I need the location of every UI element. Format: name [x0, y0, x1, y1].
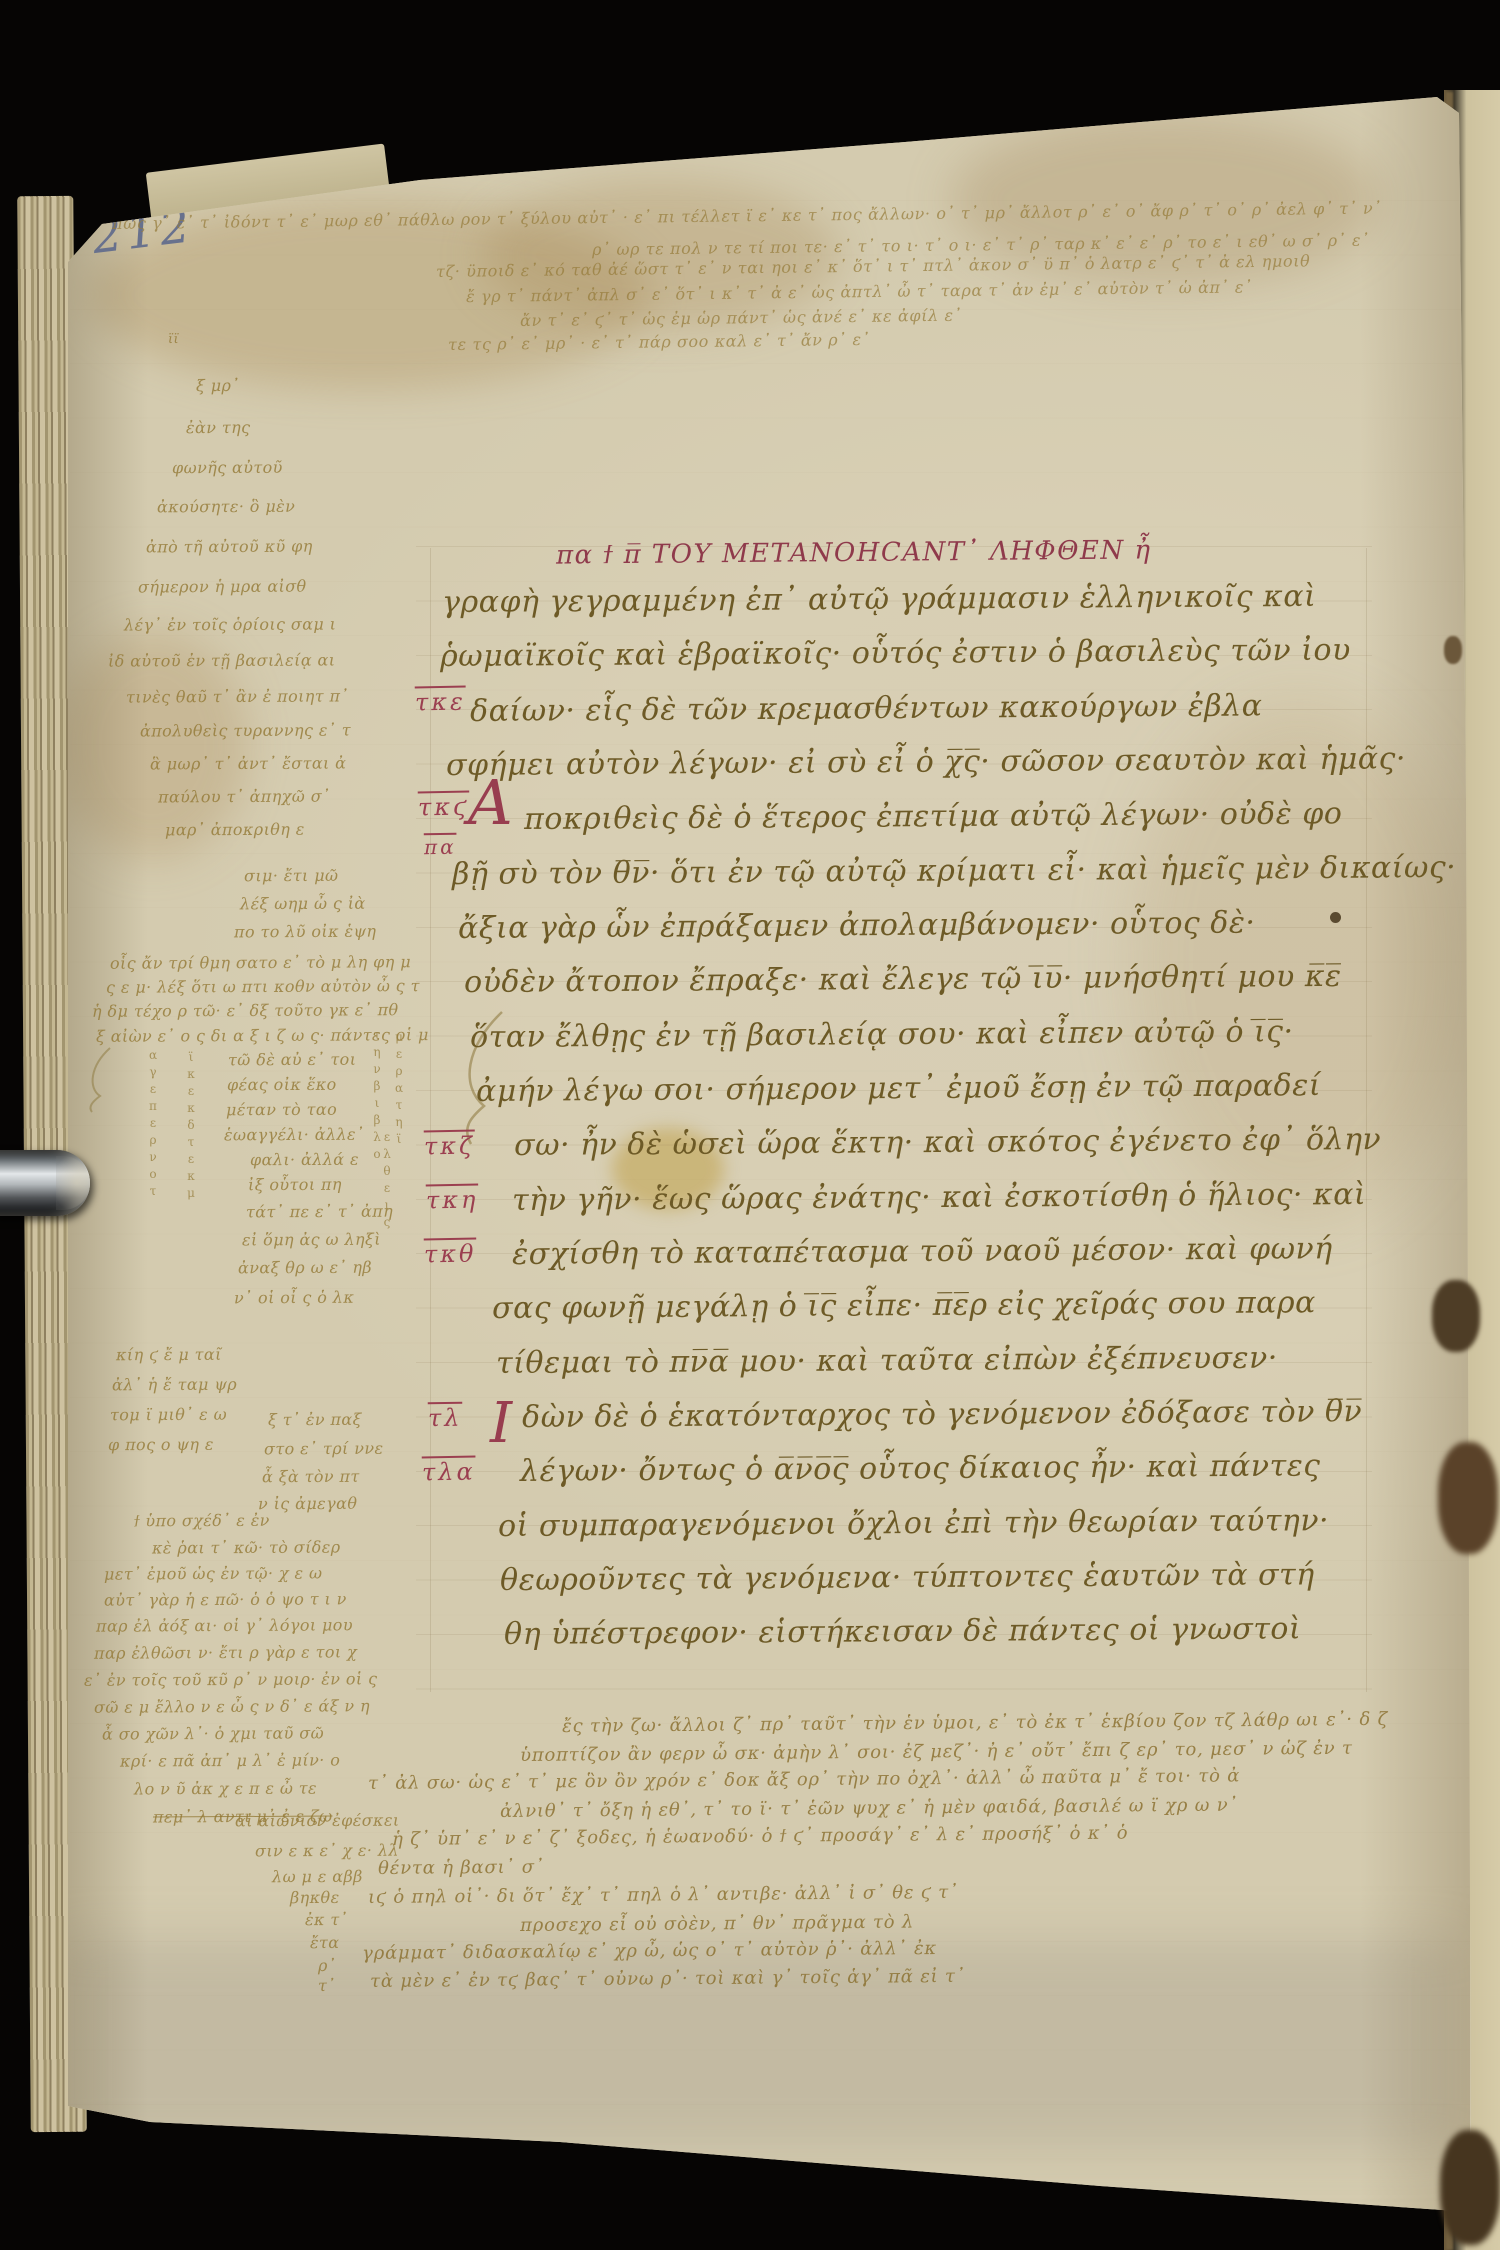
margin-note: μαρ᾽ ἀποκριθη ε: [165, 822, 305, 839]
main-text-line: οἱ συμπαραγενόμενοι ὄχλοι ἐπὶ τὴν θεωρία…: [498, 1506, 1329, 1542]
margin-note: σῶ ε μ ἔλλο ν ε ὦ ς ν δ᾽ ε άξ ν η: [94, 1698, 370, 1715]
edge-damage: [1440, 2130, 1500, 2245]
main-text-line: λέγων· ὄντως ὁ α̅ν̅ο̅ς̅ οὗτος δίκαιος ἦν…: [520, 1451, 1321, 1487]
margin-note: λο ν ῦ ἀκ χ ε π ε ὦ τε: [134, 1781, 317, 1798]
margin-note: σιμ· ἔτι μῶ: [244, 868, 339, 884]
margin-note: ἡ δμ τέχο ρ τῶ· ε᾽ δξ τοῦτο γκ ε᾽ πθ: [92, 1002, 399, 1020]
margin-note: οἷς ἄν τρί θμη σατο ε᾽ τὸ μ λη φη μ: [110, 954, 411, 972]
margin-note: κίη ϛ ἔ μ ταῖ: [116, 1347, 222, 1364]
margin-note: ν᾽ οἱ οἶ ς ὁ λκ: [234, 1290, 354, 1307]
margin-note: σιν ε κ ε᾽ χ ε· λλ: [255, 1843, 399, 1860]
main-text-line: σας φωνῇ μεγάλῃ ὁ ι̅ς̅ εἶπε· π̅ε̅ρ εἰς χ…: [492, 1288, 1316, 1324]
margin-note: ϯ ὑπο σχέδ᾽ ε ἐν: [134, 1513, 270, 1530]
margin-note: παρ ἐλθῶσι ν· ἔτι ρ γὰρ ε τοι χ: [94, 1644, 357, 1661]
section-number: τκζ: [424, 1132, 476, 1161]
margin-note: φωνῆς αὐτοῦ: [172, 460, 283, 477]
margin-note: μετ᾽ ἐμοῦ ὡς ἐν τῷ· χ ε ω: [104, 1565, 323, 1582]
margin-note: ἃ μωρ᾽ τ᾽ ἀντ᾽ ἔσται ἀ: [150, 755, 346, 772]
margin-note: τινὲς θαῦ τ᾽ ἂν ἐ ποιητ π᾽: [126, 688, 349, 705]
margin-note: φαλι· ἀλλά ε: [250, 1152, 359, 1169]
section-number: πα: [424, 835, 457, 860]
main-text-line: θη ὑπέστρεφον· εἱστήκεισαν δὲ πάντες οἱ …: [504, 1614, 1301, 1650]
margin-note: ε᾽ ἐν τοῖς τοῦ κῦ ρ᾽ ν μοιρ· ἐν οἱ ς: [84, 1671, 378, 1689]
margin-note: πο το λῦ οἰκ ἑψη: [234, 924, 376, 941]
margin-note: στο ε᾽ τρί ννε: [264, 1441, 384, 1458]
margin-note: φ πος ο ψη ε: [108, 1437, 214, 1454]
margin-note: ἔτα: [310, 1935, 340, 1951]
main-text-line: ἀμήν λέγω σοι· σήμερον μετ᾽ ἐμοῦ ἔσῃ ἐν …: [476, 1071, 1321, 1107]
margin-note: ξ τ᾽ ἐν παξ: [268, 1412, 362, 1428]
section-number: τκη: [426, 1186, 479, 1215]
margin-note: μέταν τὸ ταο: [226, 1102, 337, 1119]
margin-note: βηκθε: [290, 1890, 340, 1906]
margin-note: ἑωαγγέλι· ἀλλε᾽: [224, 1127, 364, 1144]
margin-note: ἀκούσητε· ὃ μὲν: [157, 499, 295, 516]
margin-note: ἆ ξὰ τὸν πτ: [262, 1469, 360, 1486]
ruling-vertical: [1366, 548, 1367, 1692]
margin-note: παύλου τ᾽ ἀπηχῶ σ᾽: [158, 789, 331, 806]
margin-note: ἀπολυθεὶς τυραννης ε᾽ τ: [140, 722, 351, 739]
main-text-line: δαίων· εἷς δὲ τῶν κρεμασθέντων κακούργων…: [470, 691, 1263, 727]
main-text-line: ἐσχίσθη τὸ καταπέτασμα τοῦ ναοῦ μέσον· κ…: [512, 1234, 1333, 1270]
margin-note: ς ε μ· λέξ ὅτι ω πτι κοθν αὐτὸν ὦ ς τ: [106, 978, 420, 996]
initial-alpha: Α: [468, 772, 513, 834]
margin-note: ἰξ οὗτοι πη: [248, 1177, 342, 1193]
margin-note: τάτ᾽ πε ε᾽ τ᾽ ἀπη: [246, 1204, 393, 1221]
margin-note: τῶ δὲ αὐ ε᾽ τοι: [228, 1052, 356, 1069]
margin-note: φέας οἰκ ἕκο: [227, 1077, 337, 1094]
vertical-note: ϊκεκδτεκμ: [184, 1050, 198, 1210]
main-text-line: σω· ἦν δὲ ὡσεὶ ὥρα ἕκτη· καὶ σκότος ἐγέν…: [514, 1125, 1381, 1161]
pen-flourish: [80, 1044, 120, 1114]
page-holder-rod[interactable]: [0, 1150, 90, 1216]
manuscript-photograph: 212 πῶς γ᾽ ε᾽ τ᾽ ἰδόντ τ᾽ ε᾽ μωρ εθ᾽ πάθ…: [0, 0, 1500, 2250]
scholia-line: θέντα ἡ βασι᾽ σ᾽: [378, 1857, 545, 1879]
section-number: τκϛ: [418, 793, 470, 822]
main-text-line: ἄξια γὰρ ὧν ἐπράξαμεν ἀπολαμβάνομεν· οὗτ…: [458, 908, 1256, 944]
main-text-line: σφήμει αὐτὸν λέγων· εἰ σὺ εἶ ὁ χ̅ς̅· σῶσ…: [446, 744, 1406, 781]
margin-note: ϊϊ: [168, 333, 179, 346]
section-number: τλ: [428, 1404, 463, 1433]
margin-note: τομ ϊ μιθ᾽ ε ω: [110, 1407, 227, 1424]
margin-note: λω μ ε αββ: [272, 1869, 363, 1885]
section-number: τλα: [422, 1458, 476, 1487]
main-text-line: ῥωμαϊκοῖς καὶ ἑβραϊκοῖς· οὗτός ἐστιν ὁ β…: [440, 636, 1351, 672]
section-number: τκε: [415, 688, 466, 717]
margin-note: τ᾽: [318, 1978, 336, 1994]
margin-note: ἀλ᾽ ἡ ἔ ταμ ψρ: [112, 1377, 237, 1394]
parchment-stain: [1004, 100, 1012, 109]
main-text-line: τὴν γῆν· ἕως ὥρας ἐνάτης· καὶ ἐσκοτίσθη …: [512, 1180, 1366, 1216]
margin-note: ἐκ τ᾽: [305, 1912, 348, 1928]
margin-note: ξ μρ᾽: [196, 378, 240, 394]
vertical-note: μερατηϊ: [392, 1030, 406, 1160]
main-text-line: θεωροῦντες τὰ γενόμενα· τύπτοντες ἑαυτῶν…: [500, 1560, 1315, 1596]
margin-note: κρί· ε πᾶ ἀπ᾽ μ λ᾽ ἐ μίν· ο: [120, 1752, 340, 1769]
edge-damage: [1438, 1442, 1498, 1554]
main-text-line: τίθεμαι τὸ πν̅α̅ μου· καὶ ταῦτα εἰπὼν ἐξ…: [496, 1344, 1278, 1379]
manuscript-page: 212 πῶς γ᾽ ε᾽ τ᾽ ἰδόντ τ᾽ ε᾽ μωρ εθ᾽ πάθ…: [0, 0, 1500, 2250]
initial-iota: Ι: [490, 1396, 512, 1452]
margin-note: ἆ σο χῶν λ᾽· ὁ χμι ταῦ σῶ: [102, 1725, 324, 1742]
edge-damage: [1432, 1280, 1480, 1352]
margin-note: λέξ ωημ ὦ ς ἰὰ: [240, 896, 366, 913]
margin-note: λέγ᾽ ἐν τοῖς ὁρίοις σαμ ι: [124, 616, 336, 633]
vertical-note: αγεπερνοτ: [146, 1048, 160, 1208]
main-text-line: βῇ σὺ τὸν θ̅ν̅· ὅτι ἐν τῷ αὐτῷ κρίματι ε…: [452, 853, 1456, 890]
margin-note: σήμερον ἡ μρα αἰσθ: [138, 579, 307, 596]
margin-note: αὐτ᾽ γὰρ ἡ ε πῶ· ὁ ὁ ψο τ ι ν: [104, 1591, 347, 1608]
section-number: τκθ: [424, 1240, 477, 1269]
margin-note: κὲ ῥαι τ᾽ κῶ· τὸ σίδερ: [152, 1540, 341, 1557]
main-text-line: ὅταν ἔλθῃς ἐν τῇ βασιλείᾳ σου· καὶ εἶπεν…: [470, 1017, 1294, 1053]
margin-note: παρ ἐλ ἀόξ αι· οἱ γ᾽ λόγοι μου: [96, 1617, 353, 1634]
margin-note: αἰ αἰώνιον ἐφέσκει: [235, 1813, 400, 1830]
main-text-line: οὐδὲν ἄτοπον ἔπραξε· καὶ ἔλεγε τῷ ι̅υ̅· …: [464, 962, 1342, 998]
margin-note: ἐὰν της: [186, 420, 250, 436]
ruling-vertical: [430, 548, 431, 1692]
scholia-line: προσεχο εἶ οὐ σὸὲν, π᾽ θν᾽ πρᾶγμα τὸ λ: [520, 1912, 914, 1936]
margin-note: ἀπὸ τῆ αὐτοῦ κῦ φη: [146, 539, 313, 556]
margin-note: ν ἰς ἀμεγαθ: [258, 1496, 357, 1513]
edge-damage: [1444, 636, 1462, 664]
rubric-title: πα ϯ π̅ ΤΟΥ ΜΕΤΑΝΟΗCΑΝΤ᾽ ΛΗΦΘΕΝ ἦ: [556, 535, 1152, 570]
margin-note: ἰδ αὐτοῦ ἐν τῇ βασιλείᾳ αι: [108, 652, 335, 669]
main-text-line: ποκριθεὶς δὲ ὁ ἕτερος ἐπετίμα αὐτῷ λέγων…: [524, 799, 1342, 835]
main-text-line: γραφὴ γεγραμμένη ἐπ᾽ αὐτῷ γράμμασιν ἑλλη…: [442, 582, 1316, 618]
main-text-line: δὼν δὲ ὁ ἑκατόνταρχος τὸ γενόμενον ἐδόξα…: [522, 1397, 1362, 1433]
margin-note: ἀναξ θρ ω ε᾽ ηβ: [238, 1260, 372, 1277]
margin-note: ρ᾽: [318, 1958, 336, 1974]
margin-note: εἰ ὅμη ἀς ω ληξὶ: [242, 1232, 381, 1249]
vertical-note: ελθεις: [380, 1130, 394, 1230]
